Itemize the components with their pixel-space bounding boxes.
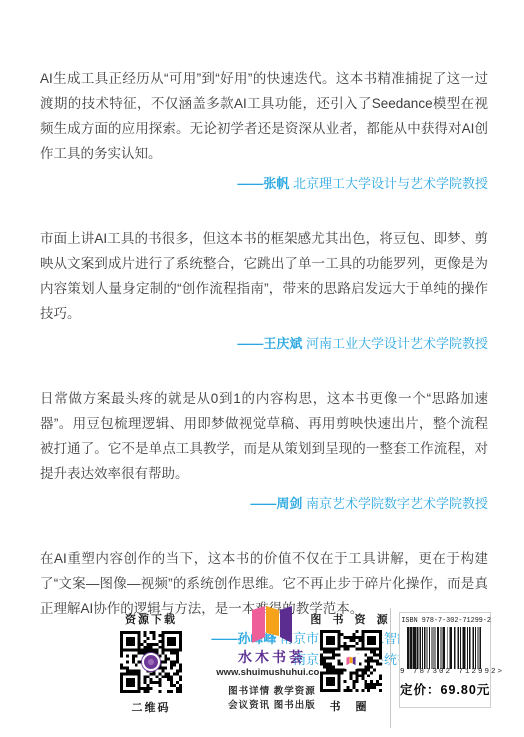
bookclub-qr-caption: 书 圈 [309, 698, 393, 714]
qr-center-logo-icon [343, 653, 359, 669]
testimonial-text: AI生成工具正经历从“可用”到“好用”的快速迭代。这本书精准捕捉了这一过渡期的技… [40, 66, 488, 166]
seal-logo-icon [142, 653, 160, 671]
book-back-cover: AI生成工具正经历从“可用”到“好用”的快速迭代。这本书精准捕捉了这一过渡期的技… [0, 0, 524, 737]
brand-name: 水木书荟 [226, 647, 318, 667]
reviewer-name: ——王庆斌 [237, 336, 302, 351]
isbn-barcode-box: ISBN 978-7-302-71299-2 9 787302 712992> … [399, 612, 491, 708]
bookclub-qr-title: 图 书 资 源 [309, 611, 393, 627]
testimonial-attribution: ——张帆 北京理工大学设计与艺术学院教授 [40, 175, 488, 193]
testimonial-text: 日常做方案最头疼的就是从0到1的内容构思，这本书更像一个“思路加速器”。用豆包梳… [40, 386, 488, 486]
download-qr-title: 资源下载 [110, 611, 192, 627]
book-fan-logo-svg [250, 606, 294, 644]
barcode-digits: 9 787302 712992> [400, 668, 490, 676]
mini-book-fan-icon [346, 656, 356, 666]
testimonial-block: 市面上讲AI工具的书很多，但这本书的框架感尤其出色，将豆包、即梦、剪映从文案到成… [40, 226, 488, 353]
reviewer-affiliation: 河南工业大学设计艺术学院教授 [302, 336, 488, 351]
testimonial-block: AI生成工具正经历从“可用”到“好用”的快速迭代。这本书精准捕捉了这一过渡期的技… [40, 66, 488, 193]
barcode-icon [407, 627, 483, 669]
brand-services-line-1: 图书详情 教学资源 [206, 683, 338, 697]
book-fan-logo-icon [236, 606, 308, 644]
testimonial-text: 市面上讲AI工具的书很多，但这本书的框架感尤其出色，将豆包、即梦、剪映从文案到成… [40, 226, 488, 326]
reviewer-affiliation: 北京理工大学设计与艺术学院教授 [289, 176, 488, 191]
reviewer-name: ——周剑 [250, 496, 302, 511]
footer-divider [390, 608, 391, 728]
reviewer-affiliation: 南京艺术学院数字艺术学院教授 [302, 496, 488, 511]
download-qr-caption: 二维码 [110, 699, 192, 715]
price: 定价：69.80元 [400, 680, 490, 698]
testimonial-attribution: ——王庆斌 河南工业大学设计艺术学院教授 [40, 335, 488, 353]
testimonial-attribution: ——周剑 南京艺术学院数字艺术学院教授 [40, 495, 488, 513]
testimonial-block: 日常做方案最头疼的就是从0到1的内容构思，这本书更像一个“思路加速器”。用豆包梳… [40, 386, 488, 513]
reviewer-name: ——张帆 [237, 176, 289, 191]
brand-website: www.shuimushuhui.com [206, 667, 338, 678]
isbn-number: ISBN 978-7-302-71299-2 [401, 617, 488, 625]
